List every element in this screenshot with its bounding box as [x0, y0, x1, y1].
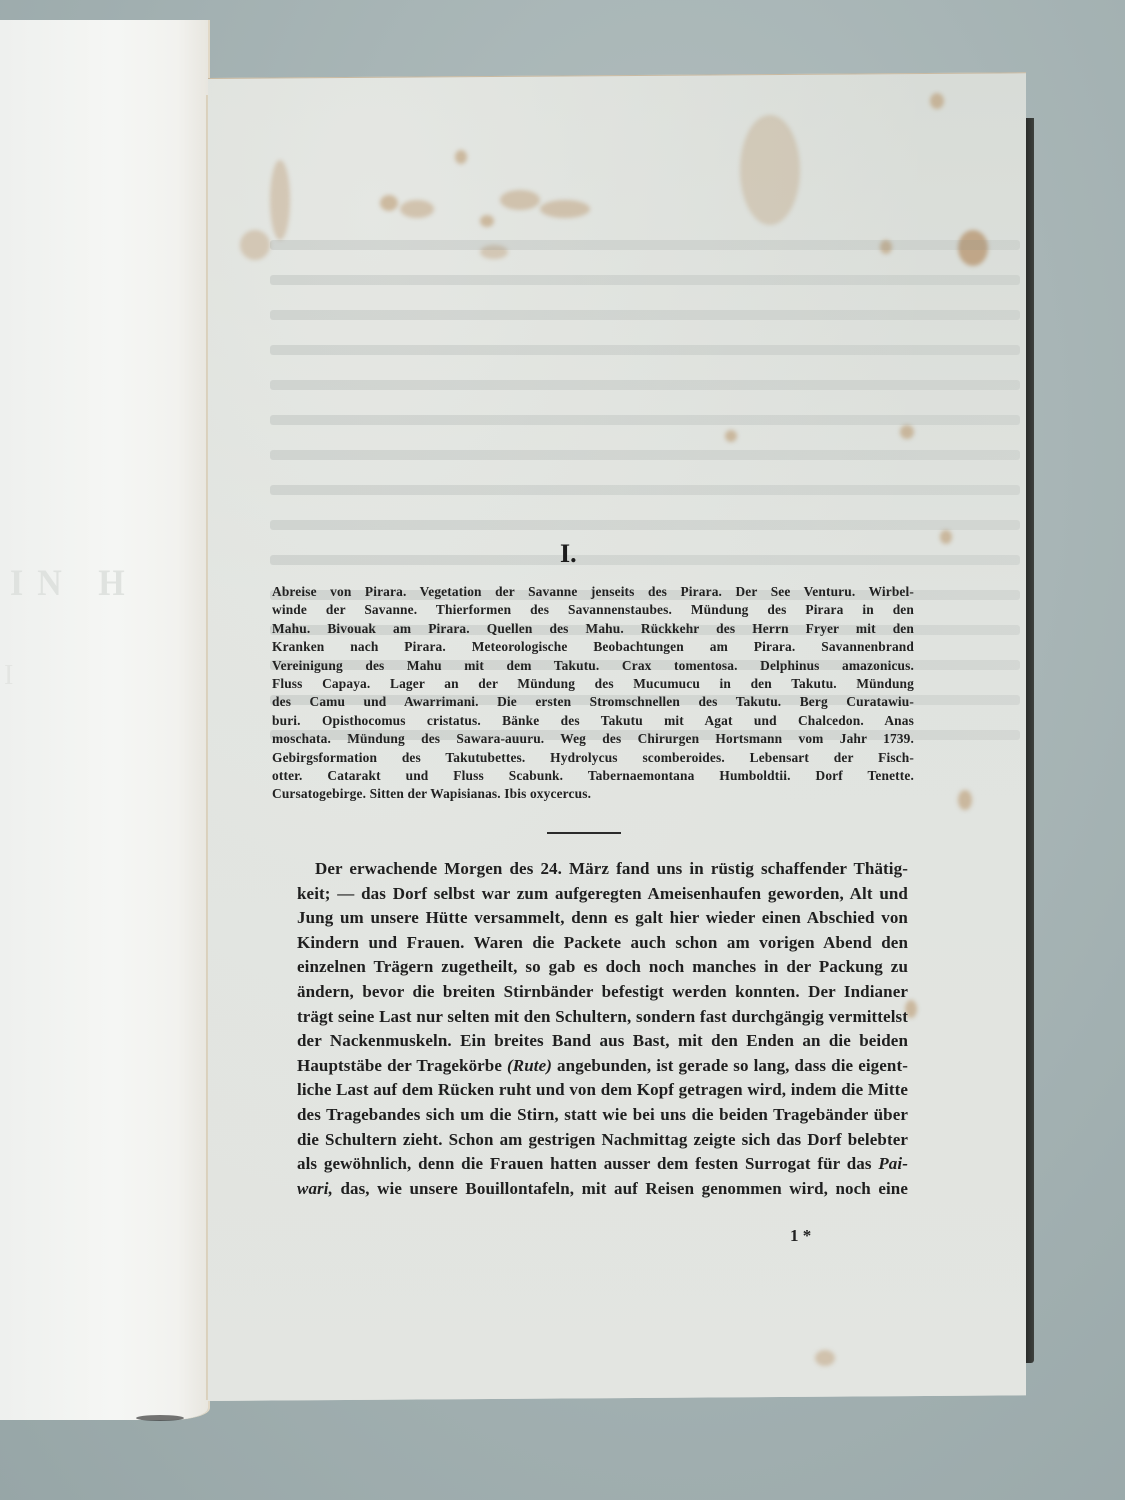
summary-line: Mahu. Bivouak am Pirara. Quellen des Mah… [286, 620, 914, 638]
body-line-with-italic: als gewöhnlich, denn die Frauen hatten a… [297, 1152, 908, 1177]
book-cover-edge [1026, 118, 1034, 1363]
body-line: der Nackenmuskeln. Ein breites Band aus … [297, 1029, 908, 1054]
summary-line: Vereinigung des Mahu mit dem Takutu. Cra… [286, 657, 914, 675]
body-line: ändern, bevor die breiten Stirnbänder be… [297, 980, 908, 1005]
body-line-part: als gewöhnlich, denn die Frauen hatten a… [297, 1154, 878, 1173]
summary-line: Kranken nach Pirara. Meteorologische Beo… [286, 638, 914, 656]
section-divider-rule [547, 832, 621, 834]
left-facing-page: IN H I [0, 20, 208, 1420]
body-line: Jung um unsere Hütte versammelt, denn es… [297, 906, 908, 931]
body-line-part: das, wie unsere Bouillontafeln, mit auf … [340, 1179, 908, 1198]
italic-term-paiwari: Pai- [878, 1154, 908, 1173]
chapter-number: I. [560, 539, 577, 569]
body-line: liche Last auf dem Rücken ruht und von d… [297, 1078, 908, 1103]
show-through-heading: IN H [10, 563, 210, 605]
body-line-with-italic: Hauptstäbe der Tragekörbe (Rute) angebun… [297, 1054, 908, 1079]
summary-line: buri. Opisthocomus cristatus. Bänke des … [286, 712, 914, 730]
summary-line: Fluss Capaya. Lager an der Mündung des M… [286, 675, 914, 693]
italic-term-rute: (Rute) [507, 1056, 552, 1075]
chapter-summary: Abreise von Pirara. Vegetation der Savan… [272, 583, 914, 804]
summary-line: Abreise von Pirara. Vegetation der Savan… [272, 583, 914, 601]
summary-line: moschata. Mündung des Sawara-auuru. Weg … [286, 730, 914, 748]
summary-line: des Camu und Awarrimani. Die ersten Stro… [286, 693, 914, 711]
summary-line: Gebirgsformation des Takutubettes. Hydro… [286, 749, 914, 767]
body-line: keit; — das Dorf selbst war zum aufgereg… [297, 882, 908, 907]
summary-line: otter. Catarakt und Fluss Scabunk. Taber… [286, 767, 914, 785]
body-line: Der erwachende Morgen des 24. März fand … [313, 857, 908, 882]
body-line-with-italic: wari, das, wie unsere Bouillontafeln, mi… [297, 1177, 908, 1202]
body-line-part: Hauptstäbe der Tragekörbe [297, 1056, 507, 1075]
body-line-part: angebunden, ist gerade so lang, dass die… [552, 1056, 908, 1075]
body-line: die Schultern zieht. Schon am gestrigen … [297, 1128, 908, 1153]
body-text: Der erwachende Morgen des 24. März fand … [313, 857, 908, 1201]
body-line: trägt seine Last nur selten mit den Schu… [297, 1005, 908, 1030]
body-line: einzelnen Trägern zugetheilt, so gab es … [297, 955, 908, 980]
show-through-mark: I [4, 660, 13, 692]
summary-line: Cursatogebirge. Sitten der Wapisianas. I… [286, 785, 914, 803]
signature-mark: 1 * [790, 1226, 811, 1246]
binding-shadow [136, 1415, 184, 1421]
summary-line: winde der Savanne. Thierformen des Savan… [286, 601, 914, 619]
body-line: des Tragebandes sich um die Stirn, statt… [297, 1103, 908, 1128]
italic-term-paiwari-cont: wari, [297, 1179, 333, 1198]
body-line: Kindern und Frauen. Waren die Packete au… [297, 931, 908, 956]
